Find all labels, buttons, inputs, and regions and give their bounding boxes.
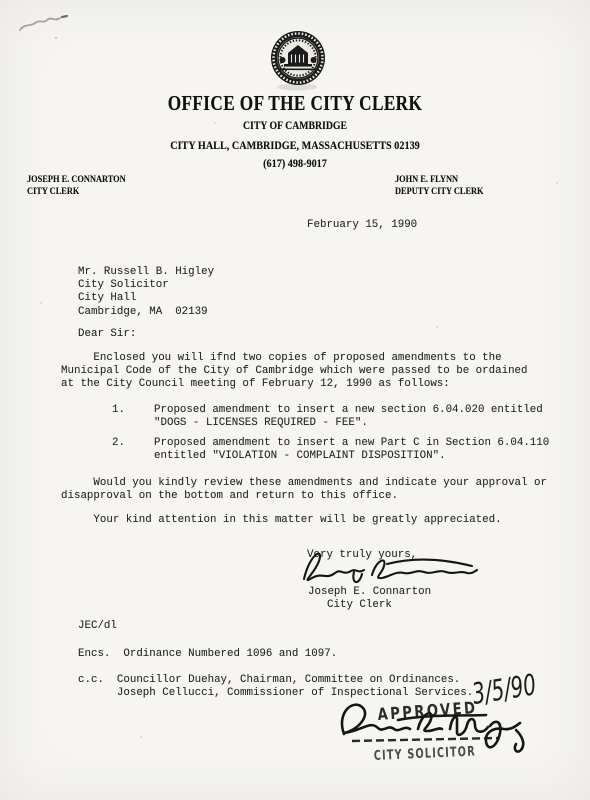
- salutation: Dear Sir:: [78, 328, 136, 341]
- scan-speck: [500, 482, 502, 484]
- paragraph-3: Your kind attention in this matter will …: [61, 514, 502, 527]
- scan-speck: [436, 326, 438, 328]
- deputy-name: JOHN E. FLYNN: [395, 175, 484, 187]
- recipient-address: Mr. Russell B. Higley City Solicitor Cit…: [78, 266, 214, 319]
- clerk-title: CITY CLERK: [27, 187, 126, 199]
- city-solicitor-stamp-text: CITY SOLICITOR: [373, 743, 476, 764]
- deputy-clerk-block: JOHN E. FLYNN DEPUTY CITY CLERK: [395, 175, 484, 198]
- letterhead-phone: (617) 498-9017: [44, 156, 546, 171]
- letter-page: OFFICE OF THE CITY CLERK CITY OF CAMBRID…: [0, 0, 590, 800]
- clerk-name: JOSEPH E. CONNARTON: [27, 175, 126, 187]
- signer-title: City Clerk: [327, 599, 392, 612]
- scan-speck: [140, 736, 142, 738]
- signer-name: Joseph E. Connarton: [308, 586, 431, 599]
- list-item-1-text: Proposed amendment to insert a new secti…: [154, 404, 543, 430]
- paragraph-2: Would you kindly review these amendments…: [61, 477, 547, 503]
- reference-initials: JEC/dl: [78, 620, 117, 633]
- deputy-title: DEPUTY CITY CLERK: [395, 187, 484, 199]
- stamp-signature-line: [352, 738, 498, 741]
- city-seal-icon: [270, 29, 328, 91]
- scan-speck: [556, 182, 558, 184]
- list-item-2-number: 2.: [112, 437, 125, 450]
- page-title: OFFICE OF THE CITY CLERK: [59, 91, 531, 116]
- approved-stamp-text: APPROVED: [377, 698, 478, 725]
- pencil-scribble: [16, 8, 80, 48]
- scan-speck: [40, 302, 42, 304]
- letterhead-address: CITY HALL, CAMBRIDGE, MASSACHUSETTS 0213…: [44, 138, 546, 153]
- scan-speck: [214, 122, 216, 124]
- paragraph-1: Enclosed you will ifnd two copies of pro…: [61, 352, 528, 392]
- approval-stamp-block: APPROVED CITY SOLICITOR: [328, 688, 573, 788]
- list-item-1-number: 1.: [112, 404, 125, 417]
- letterhead-city: CITY OF CAMBRIDGE: [44, 120, 546, 132]
- clerk-name-block: JOSEPH E. CONNARTON CITY CLERK: [27, 175, 126, 198]
- enclosures-line: Encs. Ordinance Numbered 1096 and 1097.: [78, 648, 337, 661]
- letter-date: February 15, 1990: [307, 219, 417, 232]
- list-item-2-text: Proposed amendment to insert a new Part …: [154, 437, 549, 463]
